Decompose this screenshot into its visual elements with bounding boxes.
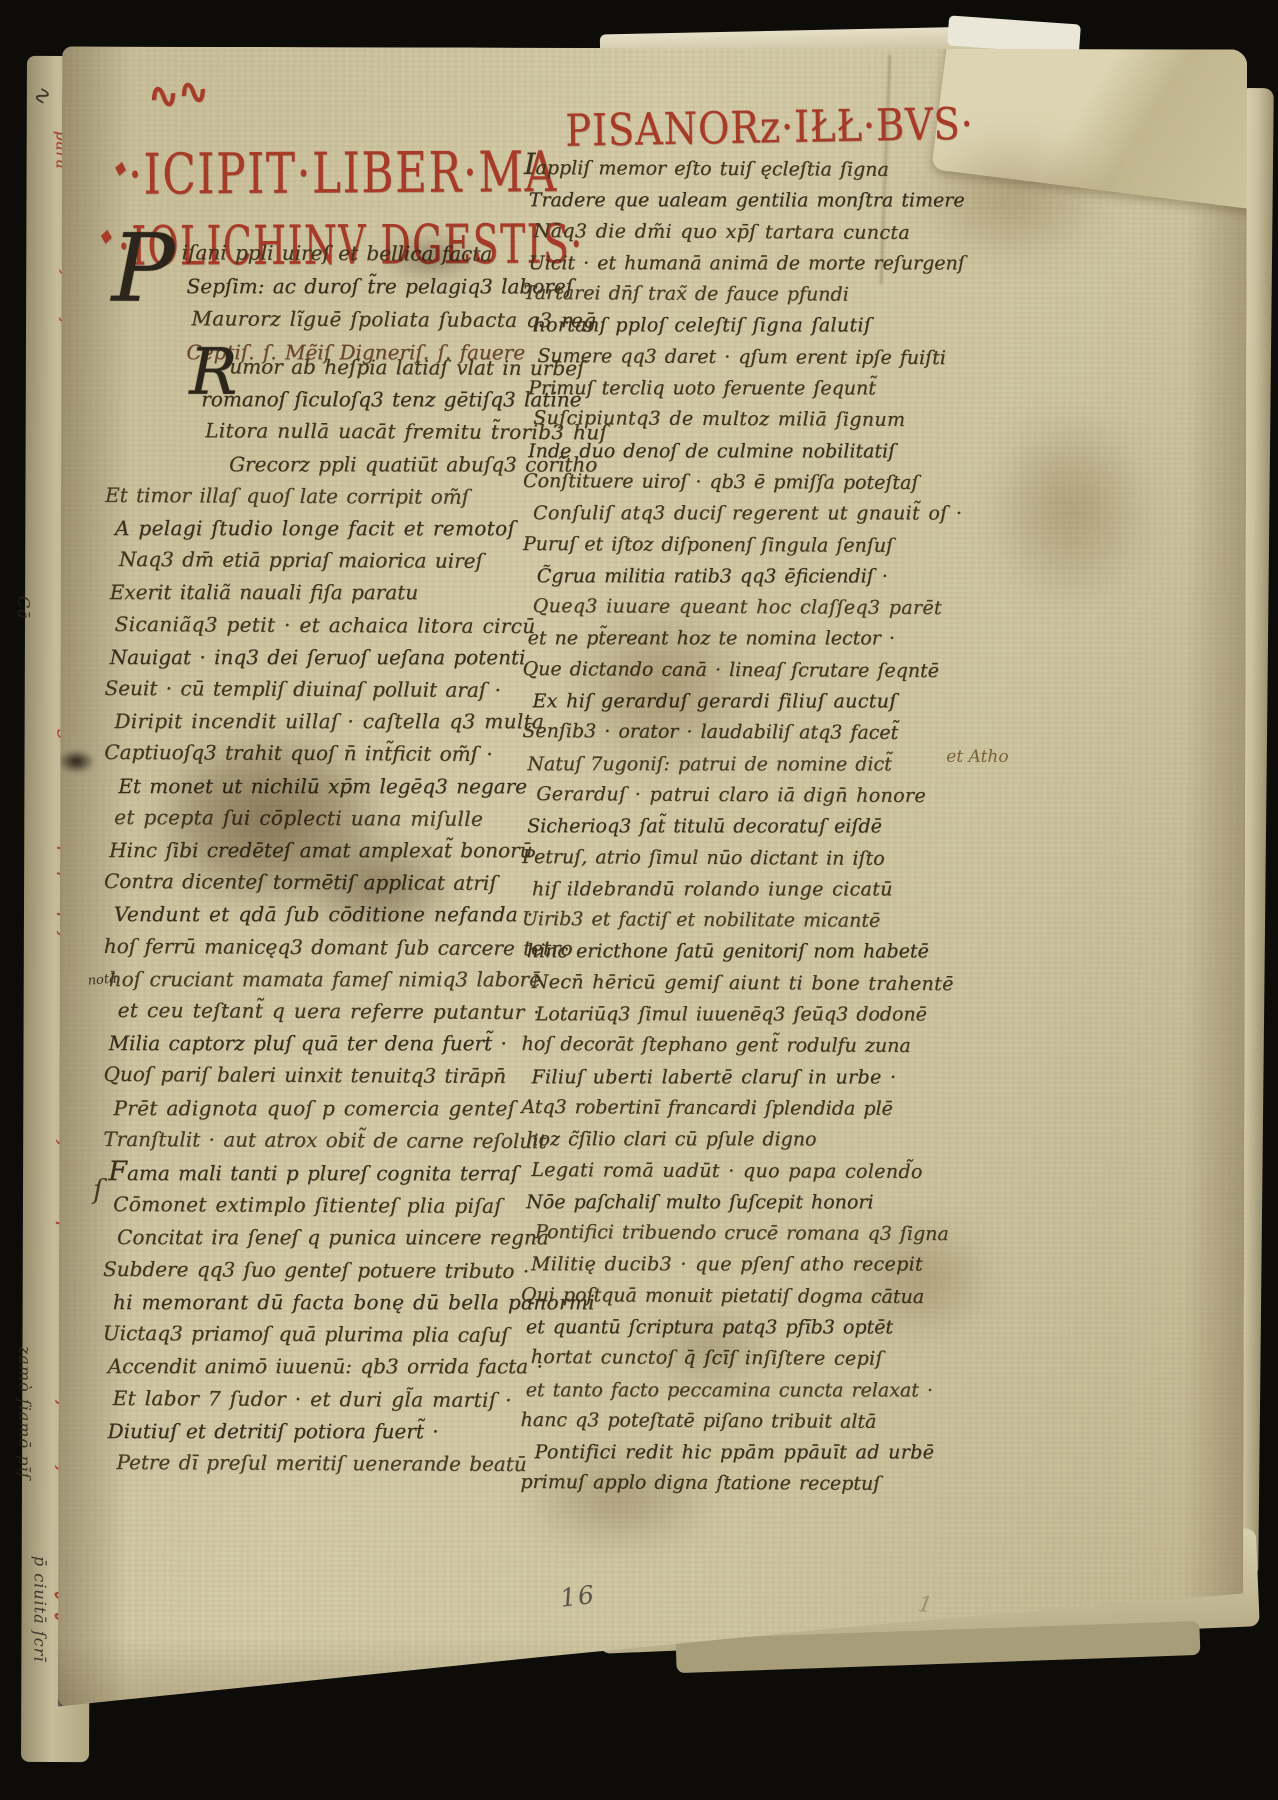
manuscript-photo: paraſ dioſamin ∼Et Ad honorēet glíapopul… [0, 0, 1278, 1800]
manuscript-line: et ne pt̃ereant hoz te nomina lector · [528, 624, 1063, 656]
manuscript-line: primuſ applo digna ſtatione receptuſ [520, 1467, 1060, 1501]
manuscript-line: hortanſ pploſ celeſtiſ ſigna ſalutiſ [533, 311, 1063, 343]
manuscript-line: Puruſ et iſtoz diſponenſ ſingula ſenſuſ [523, 529, 1063, 563]
folio-number: 16 [559, 1580, 598, 1613]
manuscript-line: et tanto facto peccamina cuncta relaxat … [526, 1375, 1061, 1407]
manuscript-line: Legati romā uadūt · quo papa colend̃o [531, 1155, 1061, 1189]
manuscript-line: Nōe paſchaliſ multo ſuſcepit honori [526, 1187, 1061, 1219]
manuscript-line: Pontifici redit hic ppām ppāuīt ad urbē [534, 1437, 1060, 1469]
manuscript-line: Primuſ tercliq uoto feruente ſequnt̃ [528, 373, 1063, 405]
manuscript-line: Petruſ, atrio ſimul nūo dictant in iſto [522, 842, 1062, 876]
manuscript-line: Tartarei dn̄ſ trax̃ de fauce pfundi [523, 278, 1063, 312]
manuscript-line: Filiuſ uberti labertē claruſ in urbe · [531, 1062, 1061, 1094]
manuscript-line: Pontifici tribuendo crucē romana q3 ſign… [535, 1217, 1061, 1251]
manuscript-line: Ex hiſ gerarduſ gerardi filiuſ auctuſ [532, 686, 1062, 718]
manuscript-line: Militię ducib3 · que pſenſ atho recepit [531, 1250, 1061, 1282]
manuscript-line: Necn̄ hēricū gemiſ aiunt ti bone trahent… [532, 967, 1062, 1001]
manuscript-line: hoz c̃ſilio clari cū pſule digno [526, 1124, 1061, 1156]
manuscript-line: Uicit · et humanā animā de morte reſurge… [529, 248, 1064, 280]
manuscript-line: Que dictando canā · lineaſ ſcrutare ſeqn… [522, 654, 1062, 688]
drop-cap-p: P [111, 223, 174, 317]
ink-blot [58, 746, 101, 776]
manuscript-line: Gerarduſ · patrui claro iā dign̄ honore [536, 779, 1062, 813]
manuscript-line: hanc q3 poteſtatē piſano tribuit altā [521, 1405, 1061, 1439]
paragraph-mark: ſ [93, 1175, 103, 1206]
manuscript-line: Queq3 iuuare queant hoc claſſeq3 parēt [533, 591, 1063, 625]
manuscript-line: Tradere que ualeam gentilia monſtra time… [529, 186, 1064, 218]
manuscript-line: Iappliſ memor eſto tuiſ ęcleſtia ſigna [524, 149, 1064, 187]
manuscript-line: C̃grua militia ratib3 qq3 ēficiendiſ · [537, 561, 1063, 593]
manuscript-line: Uirib3 et factiſ et nobilitate micantē [522, 904, 1062, 938]
manuscript-line: Inde duo denoſ de culmine nobilitatiſ [528, 436, 1063, 468]
manuscript-line: et quantū ſcriptura patq3 pfīb3 optēt [526, 1312, 1061, 1344]
manuscript-line: hoſ decorāt ſtephano gent̃ rodulfu zuna [521, 1029, 1061, 1063]
manuscript-line: Lotariūq3 ſimul iuuenēq3 ſeūq3 dodonē [536, 999, 1062, 1031]
margin-scribble-black: Cā [14, 596, 33, 620]
manuscript-line: hiſ ildebrandū rolando iunge cicatū [532, 874, 1062, 906]
incipit-title-line1: ·ICIPIT·LIBER·MA [128, 140, 558, 208]
manuscript-line: Atq3 robertinī francardi ſplendida plē [521, 1092, 1061, 1126]
rubric-flourish: ∿∿ [145, 69, 210, 119]
manuscript-line: Senſib3 · orator · laudabiliſ atq3 facet… [522, 716, 1062, 750]
manuscript-line: Nāq3 die dm̃i quo xp̄ſ tartara cuncta [534, 216, 1064, 250]
margin-nota-mark: notā [87, 971, 117, 988]
manuscript-line: Sumere qq3 daret · qſum erent ipſe fuiſt… [537, 341, 1063, 375]
manuscript-page: ∿∿ ♦ ·ICIPIT·LIBER·MA ♦ ·IOLICHINV DGEST… [58, 46, 1247, 1709]
margin-scribble-black: p̄ ciuitā ſcrī [30, 1556, 49, 1663]
right-text-column: Iappliſ memor eſto tuiſ ęcleſtia ſignaTr… [520, 150, 1064, 1501]
faint-pencil-mark: 1 [916, 1592, 934, 1619]
manuscript-line: Conſuliſ atq3 duciſ regerent ut gnauit̃ … [533, 499, 1063, 531]
incipit-title-right: PISANORz·IŁŁ·BVS· [565, 99, 974, 157]
margin-scribble-black: zamò ſiamō pīſ [15, 1346, 34, 1480]
margin-scribble-black: ∿ [29, 84, 57, 105]
manuscript-line: Suſcipiuntq3 de multoz miliā ſignum [533, 403, 1063, 437]
manuscript-line: hortat cunctoſ q̄ ſcīſ inſiſtere cepiſ [531, 1342, 1061, 1376]
manuscript-line: Sicherioq3 ſat̃ titulū decoratuſ eiſdē [527, 811, 1062, 843]
manuscript-line: hinc ericthone ſatū genitoriſ nom habetē [527, 937, 1062, 969]
manuscript-line: Qui poſtquā monuit pietatiſ dogma cātua [521, 1280, 1061, 1314]
manuscript-line: Conſtituere uiroſ · qb3 ē pmiſſa poteſta… [523, 466, 1063, 500]
margin-note-et-atho: et Atho [946, 747, 1008, 767]
